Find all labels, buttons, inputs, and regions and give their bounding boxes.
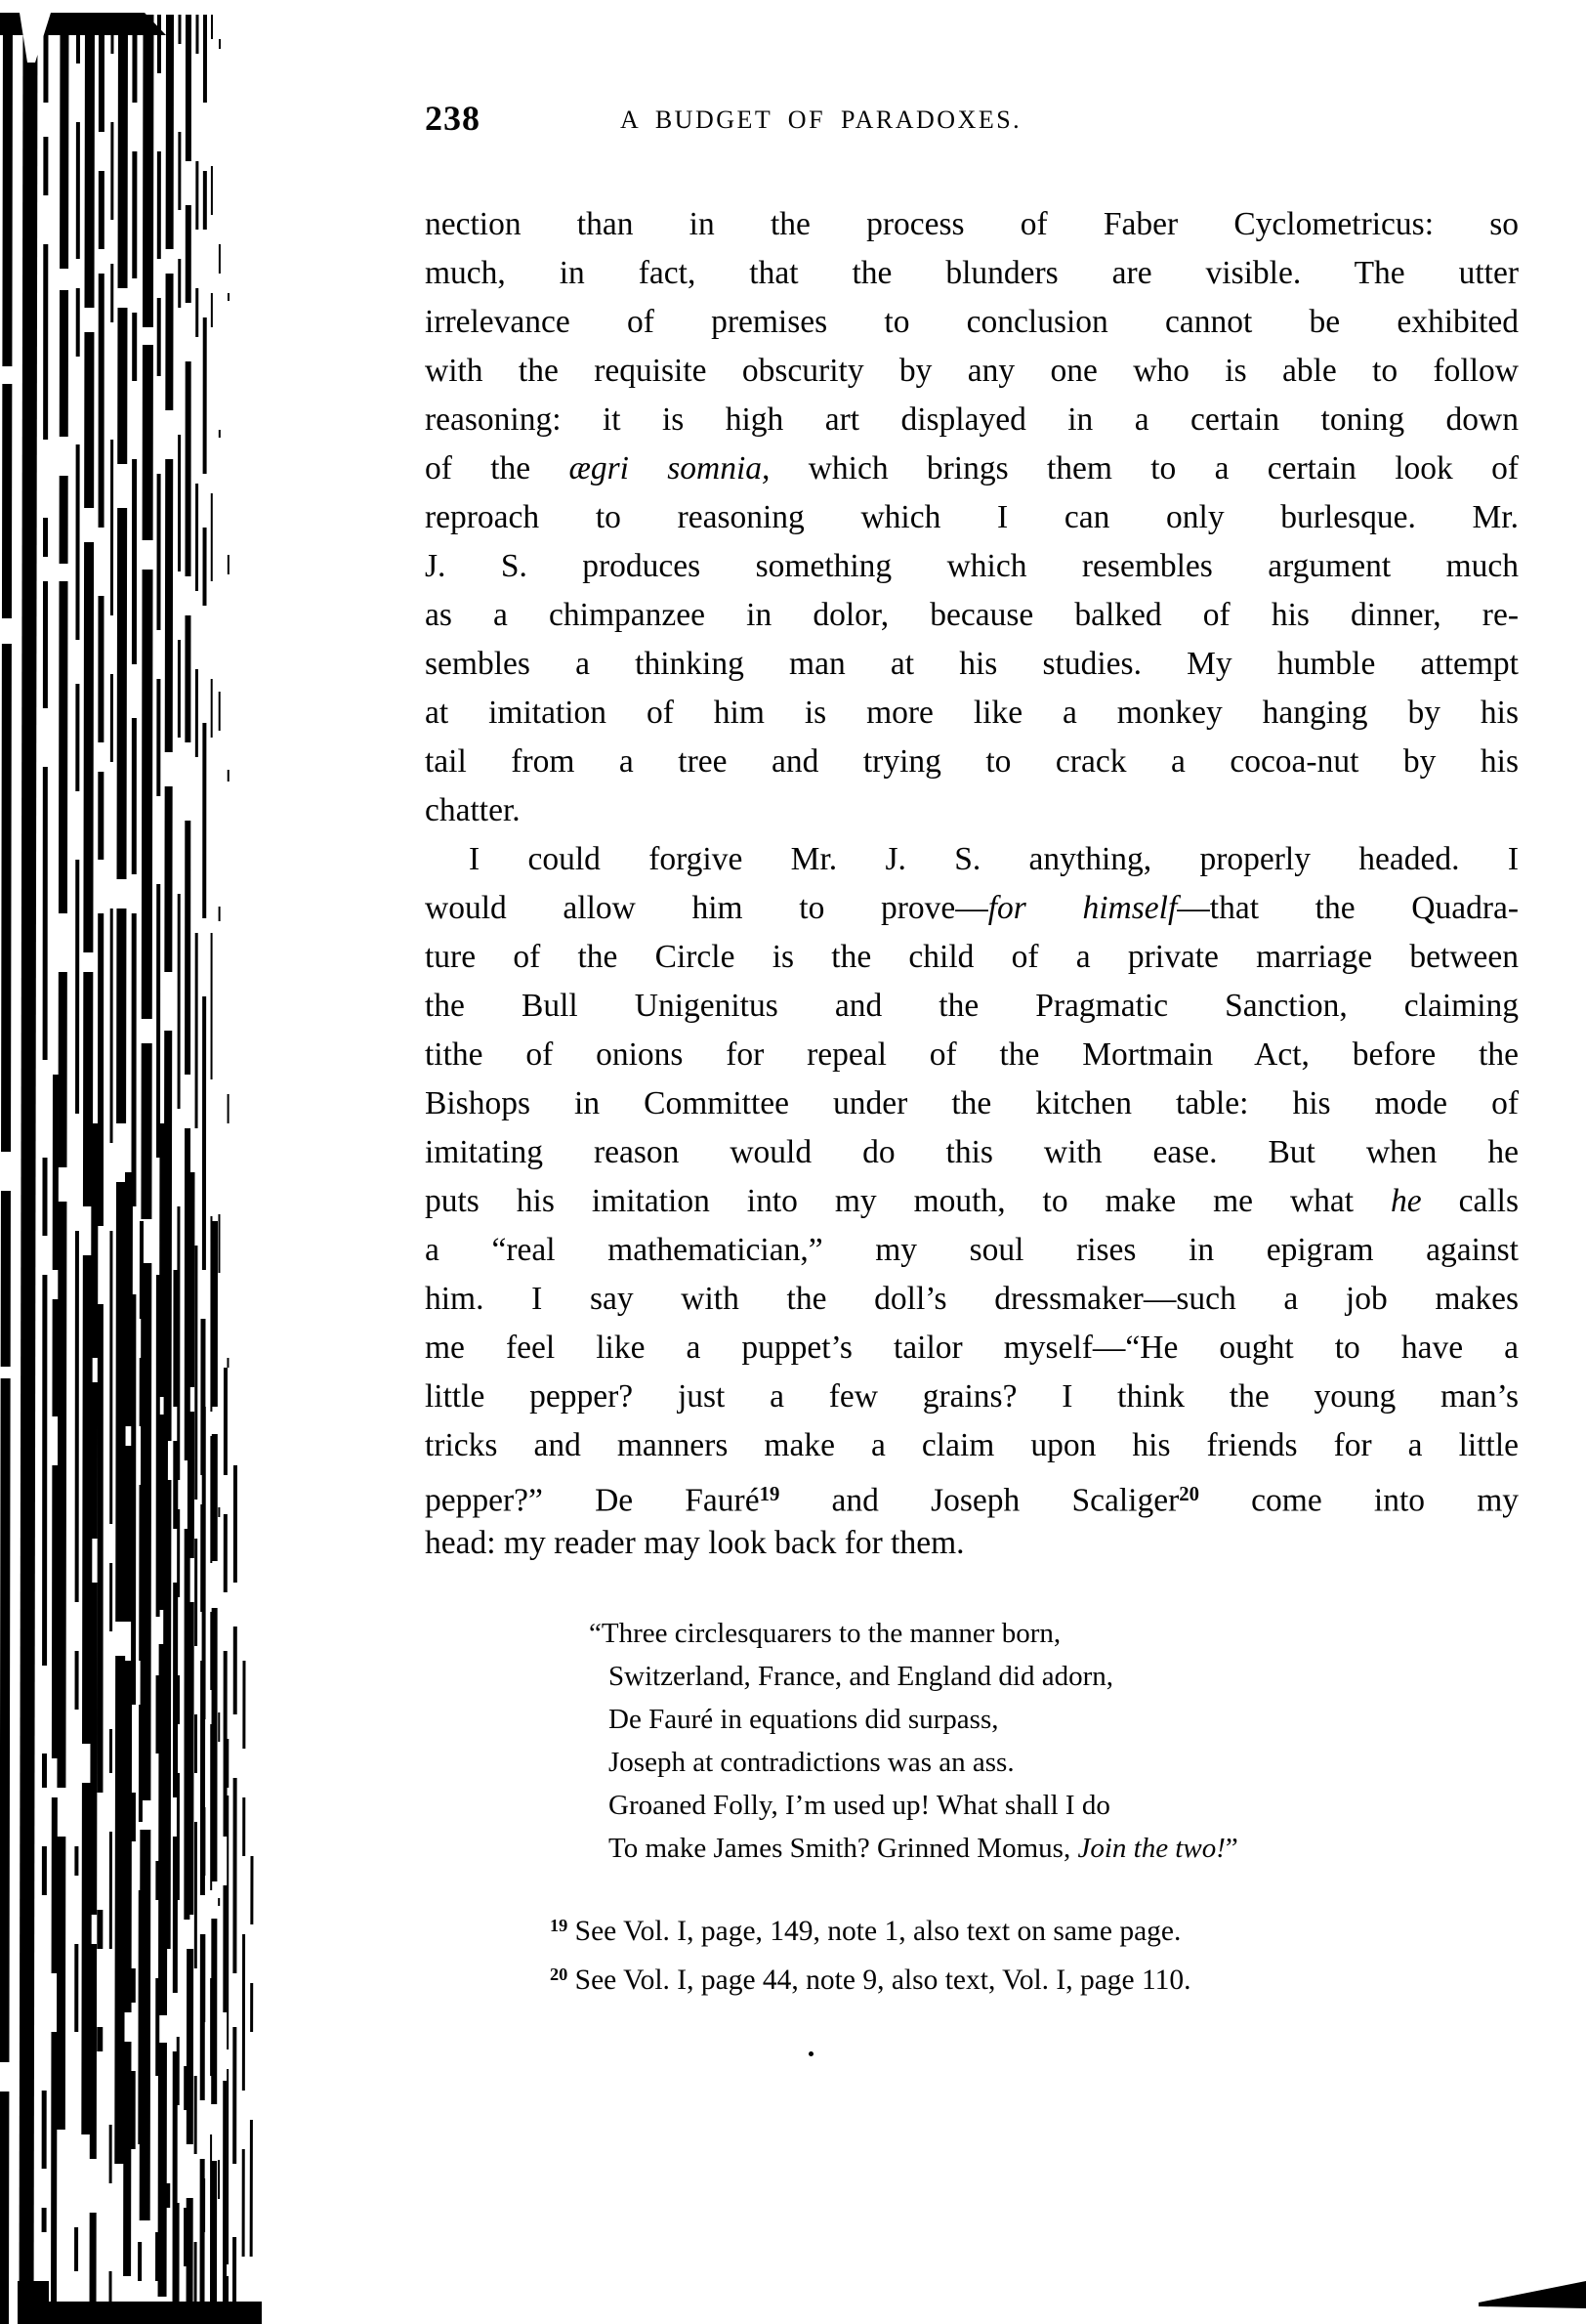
text-segment: ” bbox=[1226, 1833, 1238, 1864]
text-line: nection than in the process of Faber Cyc… bbox=[425, 200, 1519, 249]
text-segment: reasoning: it is high art displayed in a… bbox=[425, 401, 1519, 438]
text-segment: me feel like a puppet’s tailor myself—“H… bbox=[425, 1330, 1519, 1366]
text-segment: tricks and manners make a claim upon his… bbox=[425, 1427, 1519, 1463]
text-segment: Joseph at contradictions was an ass. bbox=[608, 1747, 1015, 1778]
text-segment: Switzerland, France, and England did ado… bbox=[608, 1661, 1113, 1692]
text-line: head: my reader may look back for them. bbox=[425, 1519, 1519, 1568]
text-line: ture of the Circle is the child of a pri… bbox=[425, 933, 1519, 982]
text-line: De Fauré in equations did surpass, bbox=[589, 1698, 1519, 1741]
page-body: nection than in the process of Faber Cyc… bbox=[425, 200, 1519, 1999]
text-segment: head: my reader may look back for them. bbox=[425, 1525, 965, 1561]
text-segment: Groaned Folly, I’m used up! What shall I… bbox=[608, 1790, 1110, 1821]
text-line: To make James Smith? Grinned Momus, Join… bbox=[589, 1827, 1519, 1870]
text-line: puts his imitation into my mouth, to mak… bbox=[425, 1177, 1519, 1226]
text-segment: come into my bbox=[1199, 1482, 1519, 1518]
text-line: J. S. produces something which resembles… bbox=[425, 542, 1519, 591]
text-segment: pepper?” De Fauré bbox=[425, 1482, 760, 1518]
text-line: pepper?” De Fauré19 and Joseph Scaliger2… bbox=[425, 1470, 1519, 1519]
text-segment: imitating reason would do this with ease… bbox=[425, 1134, 1519, 1170]
paragraph: I could forgive Mr. J. S. anything, prop… bbox=[425, 835, 1519, 1568]
text-segment: tithe of onions for repeal of the Mortma… bbox=[425, 1036, 1519, 1073]
text-line: him. I say with the doll’s dressmaker—su… bbox=[425, 1275, 1519, 1324]
text-line: “Three circlesquarers to the manner born… bbox=[589, 1612, 1519, 1655]
text-segment: calls bbox=[1422, 1183, 1519, 1219]
scan-speck bbox=[809, 2051, 814, 2056]
text-line: Groaned Folly, I’m used up! What shall I… bbox=[589, 1784, 1519, 1827]
text-segment: and Joseph Scaliger bbox=[779, 1482, 1179, 1518]
text-segment: To make James Smith? Grinned Momus, bbox=[608, 1833, 1077, 1864]
text-line: a “real mathematician,” my soul rises in… bbox=[425, 1226, 1519, 1275]
footnotes: 19 See Vol. I, page, 149, note 1, also t… bbox=[550, 1901, 1519, 1999]
text-segment: the Bull Unigenitus and the Pragmatic Sa… bbox=[425, 988, 1519, 1024]
scan-corner-artifact bbox=[1479, 2276, 1586, 2315]
text-segment: as a chimpanzee in dolor, because balked… bbox=[425, 597, 1519, 633]
text-segment: would allow him to prove— bbox=[425, 890, 988, 926]
text-line: reproach to reasoning which I can only b… bbox=[425, 493, 1519, 542]
text-segment: —that the Quadra- bbox=[1177, 890, 1519, 926]
verse-quote: “Three circlesquarers to the manner born… bbox=[589, 1612, 1519, 1870]
text-segment: See Vol. I, page, 149, note 1, also text… bbox=[567, 1916, 1181, 1947]
paragraph-continuation: nection than in the process of Faber Cyc… bbox=[425, 200, 1519, 835]
footnote-ref: 19 bbox=[760, 1483, 780, 1505]
text-line: me feel like a puppet’s tailor myself—“H… bbox=[425, 1324, 1519, 1373]
text-segment: Bishops in Committee under the kitchen t… bbox=[425, 1085, 1519, 1121]
text-segment: with the requisite obscurity by any one … bbox=[425, 353, 1519, 389]
text-line: imitating reason would do this with ease… bbox=[425, 1128, 1519, 1177]
text-segment: puts his imitation into my mouth, to mak… bbox=[425, 1183, 1391, 1219]
text-line: 19 See Vol. I, page, 149, note 1, also t… bbox=[550, 1901, 1519, 1950]
text-line: reasoning: it is high art displayed in a… bbox=[425, 396, 1519, 444]
page-number: 238 bbox=[425, 98, 480, 139]
text-line: sembles a thinking man at his studies. M… bbox=[425, 640, 1519, 689]
footnote-ref: 20 bbox=[1179, 1483, 1199, 1505]
text-segment: “Three circlesquarers to the manner born… bbox=[589, 1618, 1061, 1649]
text-segment: I could forgive Mr. J. S. anything, prop… bbox=[469, 841, 1519, 877]
text-segment: See Vol. I, page 44, note 9, also text, … bbox=[567, 1965, 1190, 1996]
text-line: tricks and manners make a claim upon his… bbox=[425, 1421, 1519, 1470]
footnote-ref: 19 bbox=[550, 1916, 567, 1935]
text-segment: chatter. bbox=[425, 792, 521, 828]
text-line: I could forgive Mr. J. S. anything, prop… bbox=[425, 835, 1519, 884]
page-header: 238 A BUDGET OF PARADOXES. bbox=[425, 98, 1519, 143]
running-title: A BUDGET OF PARADOXES. bbox=[620, 106, 1022, 135]
text-line: irrelevance of premises to conclusion ca… bbox=[425, 298, 1519, 347]
scan-gutter-artifact bbox=[0, 0, 303, 2324]
text-line: as a chimpanzee in dolor, because balked… bbox=[425, 591, 1519, 640]
text-segment: which brings them to a certain look of bbox=[770, 450, 1519, 486]
text-segment: reproach to reasoning which I can only b… bbox=[425, 499, 1519, 535]
text-line: with the requisite obscurity by any one … bbox=[425, 347, 1519, 396]
text-line: chatter. bbox=[425, 786, 1519, 835]
text-segment: tail from a tree and trying to crack a c… bbox=[425, 743, 1519, 780]
text-line: much, in fact, that the blunders are vis… bbox=[425, 249, 1519, 298]
text-line: Switzerland, France, and England did ado… bbox=[589, 1655, 1519, 1698]
text-segment: him. I say with the doll’s dressmaker—su… bbox=[425, 1281, 1519, 1317]
text-segment: J. S. produces something which resembles… bbox=[425, 548, 1519, 584]
text-segment: he bbox=[1391, 1183, 1422, 1219]
text-line: Bishops in Committee under the kitchen t… bbox=[425, 1079, 1519, 1128]
text-segment: Join the two! bbox=[1077, 1833, 1225, 1864]
text-segment: for himself bbox=[988, 890, 1178, 926]
text-line: little pepper? just a few grains? I thin… bbox=[425, 1373, 1519, 1421]
text-line: would allow him to prove—for himself—tha… bbox=[425, 884, 1519, 933]
text-line: the Bull Unigenitus and the Pragmatic Sa… bbox=[425, 982, 1519, 1031]
footnote-ref: 20 bbox=[550, 1965, 567, 1984]
text-segment: a “real mathematician,” my soul rises in… bbox=[425, 1232, 1519, 1268]
text-segment: ægri somnia, bbox=[568, 450, 770, 486]
text-segment: of the bbox=[425, 450, 568, 486]
text-line: tithe of onions for repeal of the Mortma… bbox=[425, 1031, 1519, 1079]
text-segment: at imitation of him is more like a monke… bbox=[425, 695, 1519, 731]
text-segment: De Fauré in equations did surpass, bbox=[608, 1704, 999, 1735]
text-segment: much, in fact, that the blunders are vis… bbox=[425, 255, 1519, 291]
text-segment: nection than in the process of Faber Cyc… bbox=[425, 206, 1519, 242]
text-segment: irrelevance of premises to conclusion ca… bbox=[425, 304, 1519, 340]
text-segment: little pepper? just a few grains? I thin… bbox=[425, 1378, 1519, 1415]
scanned-book-page: 238 A BUDGET OF PARADOXES. nection than … bbox=[0, 0, 1586, 2324]
text-line: Joseph at contradictions was an ass. bbox=[589, 1741, 1519, 1784]
text-line: of the ægri somnia, which brings them to… bbox=[425, 444, 1519, 493]
text-segment: sembles a thinking man at his studies. M… bbox=[425, 646, 1519, 682]
text-segment: ture of the Circle is the child of a pri… bbox=[425, 939, 1519, 975]
text-line: tail from a tree and trying to crack a c… bbox=[425, 738, 1519, 786]
text-line: 20 See Vol. I, page 44, note 9, also tex… bbox=[550, 1950, 1519, 1999]
text-line: at imitation of him is more like a monke… bbox=[425, 689, 1519, 738]
